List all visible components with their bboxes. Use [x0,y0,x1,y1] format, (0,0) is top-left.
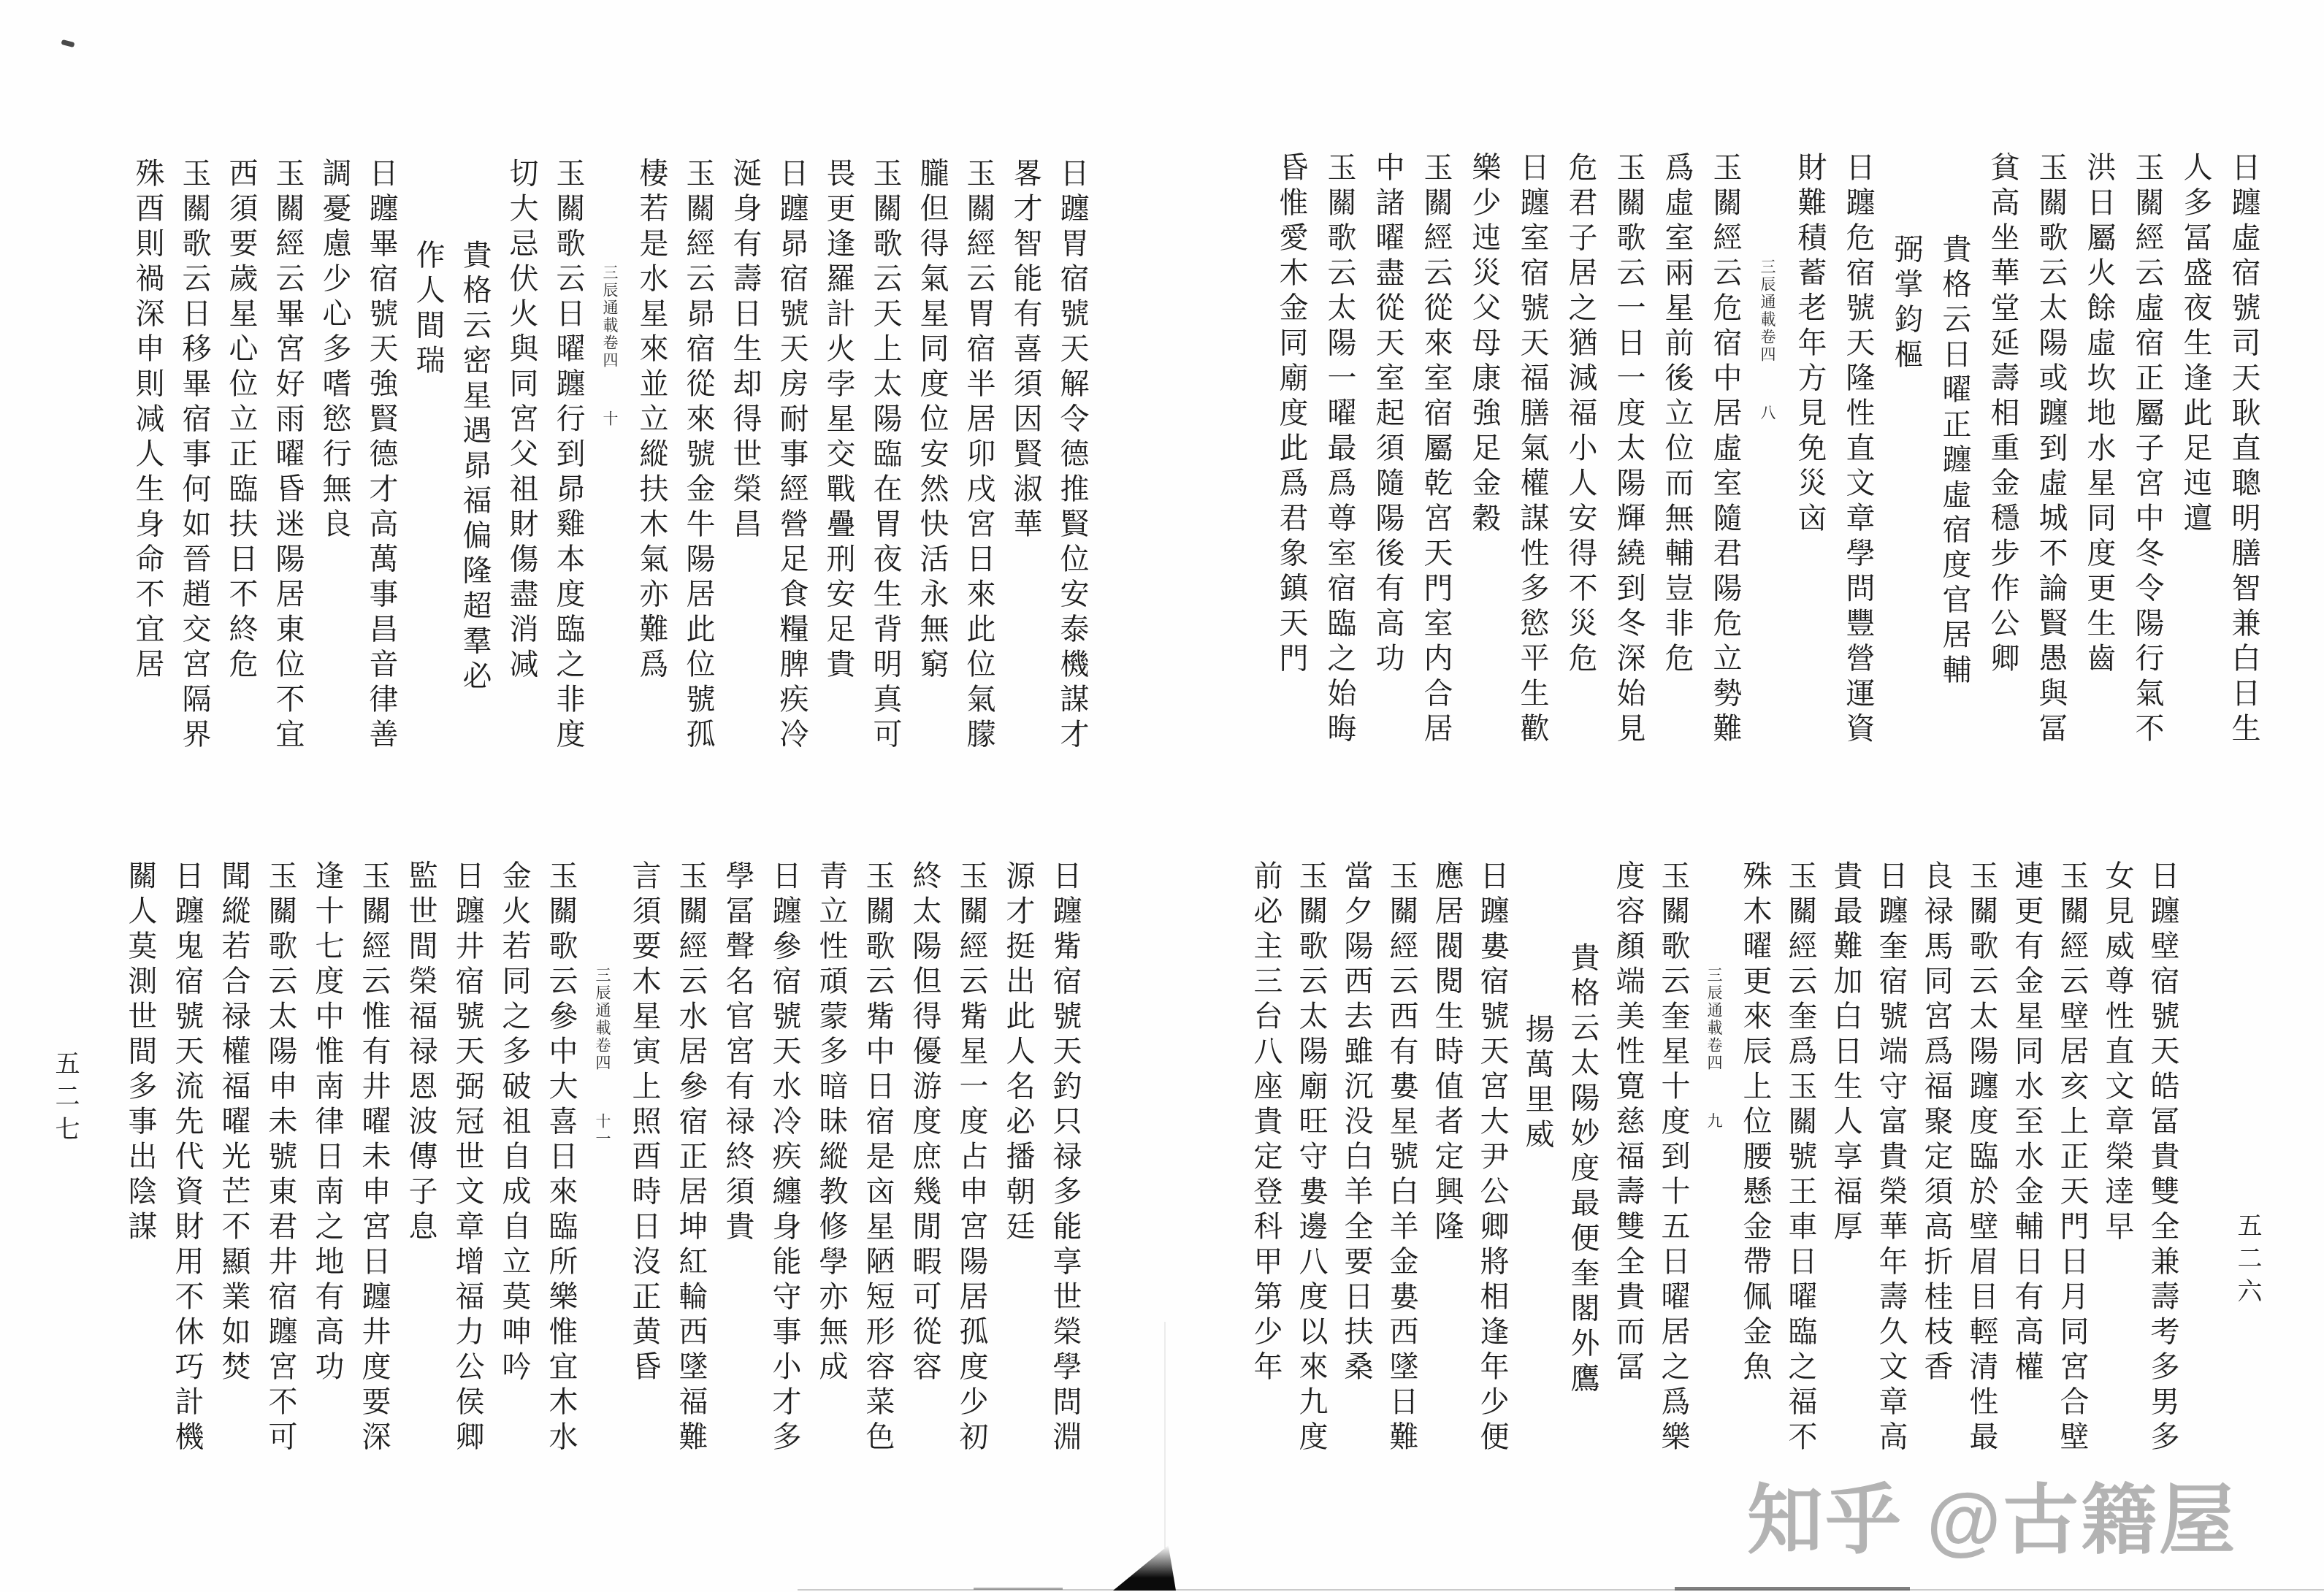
folio-marker: 三辰通載卷四十一 [584,860,621,1539]
text-column: 玉關歌云天上太陽臨在胃夜生背明真可 [862,158,909,837]
folio-number: 十一 [594,1113,611,1148]
text-column: 殊酉則禍深申則减人生身命不宜居 [124,158,171,837]
text-column: 日躔井宿號天弼冠世文章增福力公侯卿 [444,860,491,1539]
folio-number: 八 [1759,405,1776,422]
text-column: 殊木曜更來辰上位腰懸金帶佩金魚 [1732,860,1778,1539]
text-column: 玉關歌云太陽廟旺守婁邊八度以來九度 [1288,860,1334,1539]
text-column: 玉關經云觜星一度占申宮陽居孤度少初 [948,860,995,1539]
text-column: 危君子居之猶減福小人安得不災危 [1556,152,1605,831]
text-column: 揚萬里威 [1515,860,1560,1539]
folio-number: 九 [1705,1113,1723,1130]
text-column: 度容顏端美性寛慈福壽雙全貴而冨 [1605,860,1651,1539]
text-column: 女見威尊性直文章榮逹早 [2095,860,2140,1539]
text-column: 關人莫測世間多事出陰謀 [117,860,164,1539]
text-column: 玉關歌云日移畢宿事何如晉趙交宮隔界 [171,158,218,837]
text-column: 終太陽但得優游度庶幾閒暇可從容 [901,860,948,1539]
folio-marker: 三辰通載卷四八 [1749,152,1786,831]
scan-edge-line [974,1588,1063,1590]
text-column: 學冨聲名官宮有禄終須貴 [714,860,761,1539]
text-column: 貧高坐華堂延壽相重金穩步作公卿 [1979,152,2027,831]
text-column: 樂少迍災父母康強足金穀 [1460,152,1508,831]
text-column: 貴最難加白日生人享福厚 [1823,860,1868,1539]
page-number-right: 五二六 [2229,1212,2265,1311]
text-column: 爲虛室兩星前後立位而無輔豈非危 [1653,152,1701,831]
folio-volume-title: 三辰通載卷四 [1705,967,1723,1072]
text-column: 玉關歌云太陽申未號東君井宿躔宮不可 [257,860,304,1539]
folio-volume-title: 三辰通載卷四 [594,967,611,1072]
text-column: 洪日屬火餘虛坎地水星同度更生齒 [2075,152,2123,831]
text-column: 日躔奎宿號端守富貴榮華年壽久文章高 [1868,860,1914,1539]
text-column: 逢十七度中惟南律日南之地有高功 [304,860,351,1539]
text-column: 日躔觜宿號天釣只禄多能享世榮學問淵 [1041,860,1088,1539]
text-column: 日躔胃宿號天解令德推賢位安泰機謀才 [1049,158,1096,837]
text-column: 日躔壁宿號天皓冨貴雙全兼壽考多男多 [2140,860,2185,1539]
text-column: 玉關經云虛宿正屬子宮中冬令陽行氣不 [2123,152,2171,831]
text-column: 中諸曜盡從天室起須隨陽後有高功 [1364,152,1412,831]
text-column: 玉關歌云參中大喜日來臨所樂惟宜木水 [538,860,584,1539]
text-column: 聞縱若合禄權福曜光芒不顯業如焚 [210,860,257,1539]
folio-marker: 三辰通載卷四九 [1696,860,1732,1539]
scan-edge-line [1675,1587,1910,1591]
text-column: 玉關經云從來室宿屬乾宮天門室内合居 [1412,152,1460,831]
text-column: 監世間榮福禄恩波傳子息 [397,860,444,1539]
text-column: 連更有金星同水至水金輔日有高權 [2004,860,2049,1539]
text-column: 玉關歌云日曜躔行到昴雞本度臨之非度 [545,158,592,837]
text-column: 日躔鬼宿號天流先代資財用不休巧計機 [164,860,210,1539]
text-column: 玉關經云壁居亥上正天門日月同宮合壁 [2049,860,2095,1539]
text-column: 良禄馬同宮爲福聚定須高折桂枝香 [1914,860,1959,1539]
text-block-right-lower: 日躔壁宿號天皓冨貴雙全兼壽考多男多女見威尊性直文章榮逹早玉關經云壁居亥上正天門日… [1243,860,2185,1539]
ink-speck [61,39,74,47]
text-column: 貴格云密星遇昴福偏隆超羣必 [451,158,498,837]
text-column: 玉關經云危宿中居虛室隨君陽危立勢難 [1701,152,1749,831]
text-block-left-upper: 日躔胃宿號天解令德推賢位安泰機謀才畧才智能有喜須因賢淑華玉關經云胃宿半居卯戌宮日… [124,158,1096,837]
text-column: 日躔虛宿號司天耿直聰明膳智兼白日生 [2220,152,2268,831]
text-column: 言須要木星寅上照酉時日沒正黄昏 [621,860,668,1539]
text-column: 玉關歌云奎星十度到十五日曜居之爲樂 [1651,860,1696,1539]
text-column: 玉關歌云一日一度太陽輝繞到冬深始見 [1605,152,1653,831]
text-column: 人多冨盛夜生逢此足迍邅 [2171,152,2220,831]
text-column: 弼掌鈞樞 [1882,152,1930,831]
text-column: 昏惟愛木金同廟度此爲君象鎮天門 [1267,152,1315,831]
text-column: 青立性頑蒙多暗昧縱教修學亦無成 [808,860,855,1539]
text-column: 棲若是水星來並立縱扶木氣亦難爲 [628,158,675,837]
text-column: 當夕陽西去雖沉没白羊全要日扶桑 [1334,860,1379,1539]
page-fold-line [1164,1322,1166,1548]
text-column: 玉關歌云太陽躔度臨於壁眉目輕清性最 [1959,860,2004,1539]
text-column: 西須要歲星心位立正臨扶日不終危 [218,158,264,837]
folio-number: 十 [601,410,619,428]
text-column: 玉關經云惟有井曜未申宮日躔井度要深 [351,860,397,1539]
text-column: 貴格云日曜正躔虛宿度官居輔 [1930,152,1979,831]
book-scan: 日躔虛宿號司天耿直聰明膳智兼白日生人多冨盛夜生逢此足迍邅玉關經云虛宿正屬子宮中冬… [0,0,2324,1592]
text-column: 金火若同之多破祖自成自立莫呻吟 [491,860,538,1539]
text-column: 畧才智能有喜須因賢淑華 [1002,158,1049,837]
text-column: 玉關歌云太陽一曜最爲尊室宿臨之始晦 [1315,152,1364,831]
text-column: 源才挺出此人名必播朝廷 [995,860,1041,1539]
folio-volume-title: 三辰通載卷四 [601,264,619,370]
text-column: 切大忌伏火與同宮父祖財傷盡消减 [498,158,545,837]
text-column: 作人間瑞 [405,158,451,837]
text-block-left-lower: 日躔觜宿號天釣只禄多能享世榮學問淵源才挺出此人名必播朝廷玉關經云觜星一度占申宮陽… [117,860,1088,1539]
text-column: 畏更逢羅計火孛星交戰疊刑安足貴 [815,158,862,837]
text-column: 玉關經云胃宿半居卯戌宮日來此位氣朦 [955,158,1002,837]
text-column: 日躔昴宿號天房耐事經營足食糧脾疾冷 [768,158,815,837]
text-block-right-upper: 日躔虛宿號司天耿直聰明膳智兼白日生人多冨盛夜生逢此足迍邅玉關經云虛宿正屬子宮中冬… [1267,152,2268,831]
folio-volume-title: 三辰通載卷四 [1759,259,1776,364]
text-column: 日躔危宿號天隆性直文章學問豐營運資 [1834,152,1882,831]
text-column: 日躔參宿號天水冷疾纏身能守事小才多 [761,860,808,1539]
text-column: 玉關經云水居參宿正居坤紅輪西墜福難 [668,860,714,1539]
text-column: 調憂慮少心多嗜慾行無良 [311,158,358,837]
text-column: 財難積蓄老年方見免災㐫 [1786,152,1834,831]
text-column: 日躔室宿號天福膳氣權謀性多慾平生歡 [1508,152,1556,831]
text-column: 玉關經云畢宮好雨曜昏迷陽居東位不宜 [264,158,311,837]
folio-marker: 三辰通載卷四十 [592,158,628,837]
text-column: 玉關經云奎爲玉關號王車日曜臨之福不 [1778,860,1823,1539]
page-fold-shadow [1113,1545,1176,1591]
page-number-left: 五二七 [47,1050,83,1149]
text-column: 玉關經云西有婁星號白羊金婁西墜日難 [1379,860,1424,1539]
text-column: 應居閥閱生時值者定興隆 [1424,860,1469,1539]
text-column: 玉關歌云太陽或躔到虛城不論賢愚與冨 [2027,152,2075,831]
text-column: 貴格云太陽妙度最便奎閣外鷹 [1560,860,1605,1539]
text-column: 玉關歌云觜中日宿是㐫星陋短形容菜色 [855,860,901,1539]
text-column: 日躔婁宿號天宮大尹公卿將相逢年少便 [1469,860,1515,1539]
text-column: 玉關經云昴宿從來號金牛陽居此位號孤 [675,158,722,837]
text-column: 日躔畢宿號天強賢德才高萬事昌音律善 [358,158,405,837]
text-column: 前必主三台八座貴定登科甲第少年 [1243,860,1288,1539]
text-column: 涎身有壽日生却得世榮昌 [722,158,768,837]
text-column: 朧但得氣星同度位安然快活永無窮 [909,158,955,837]
